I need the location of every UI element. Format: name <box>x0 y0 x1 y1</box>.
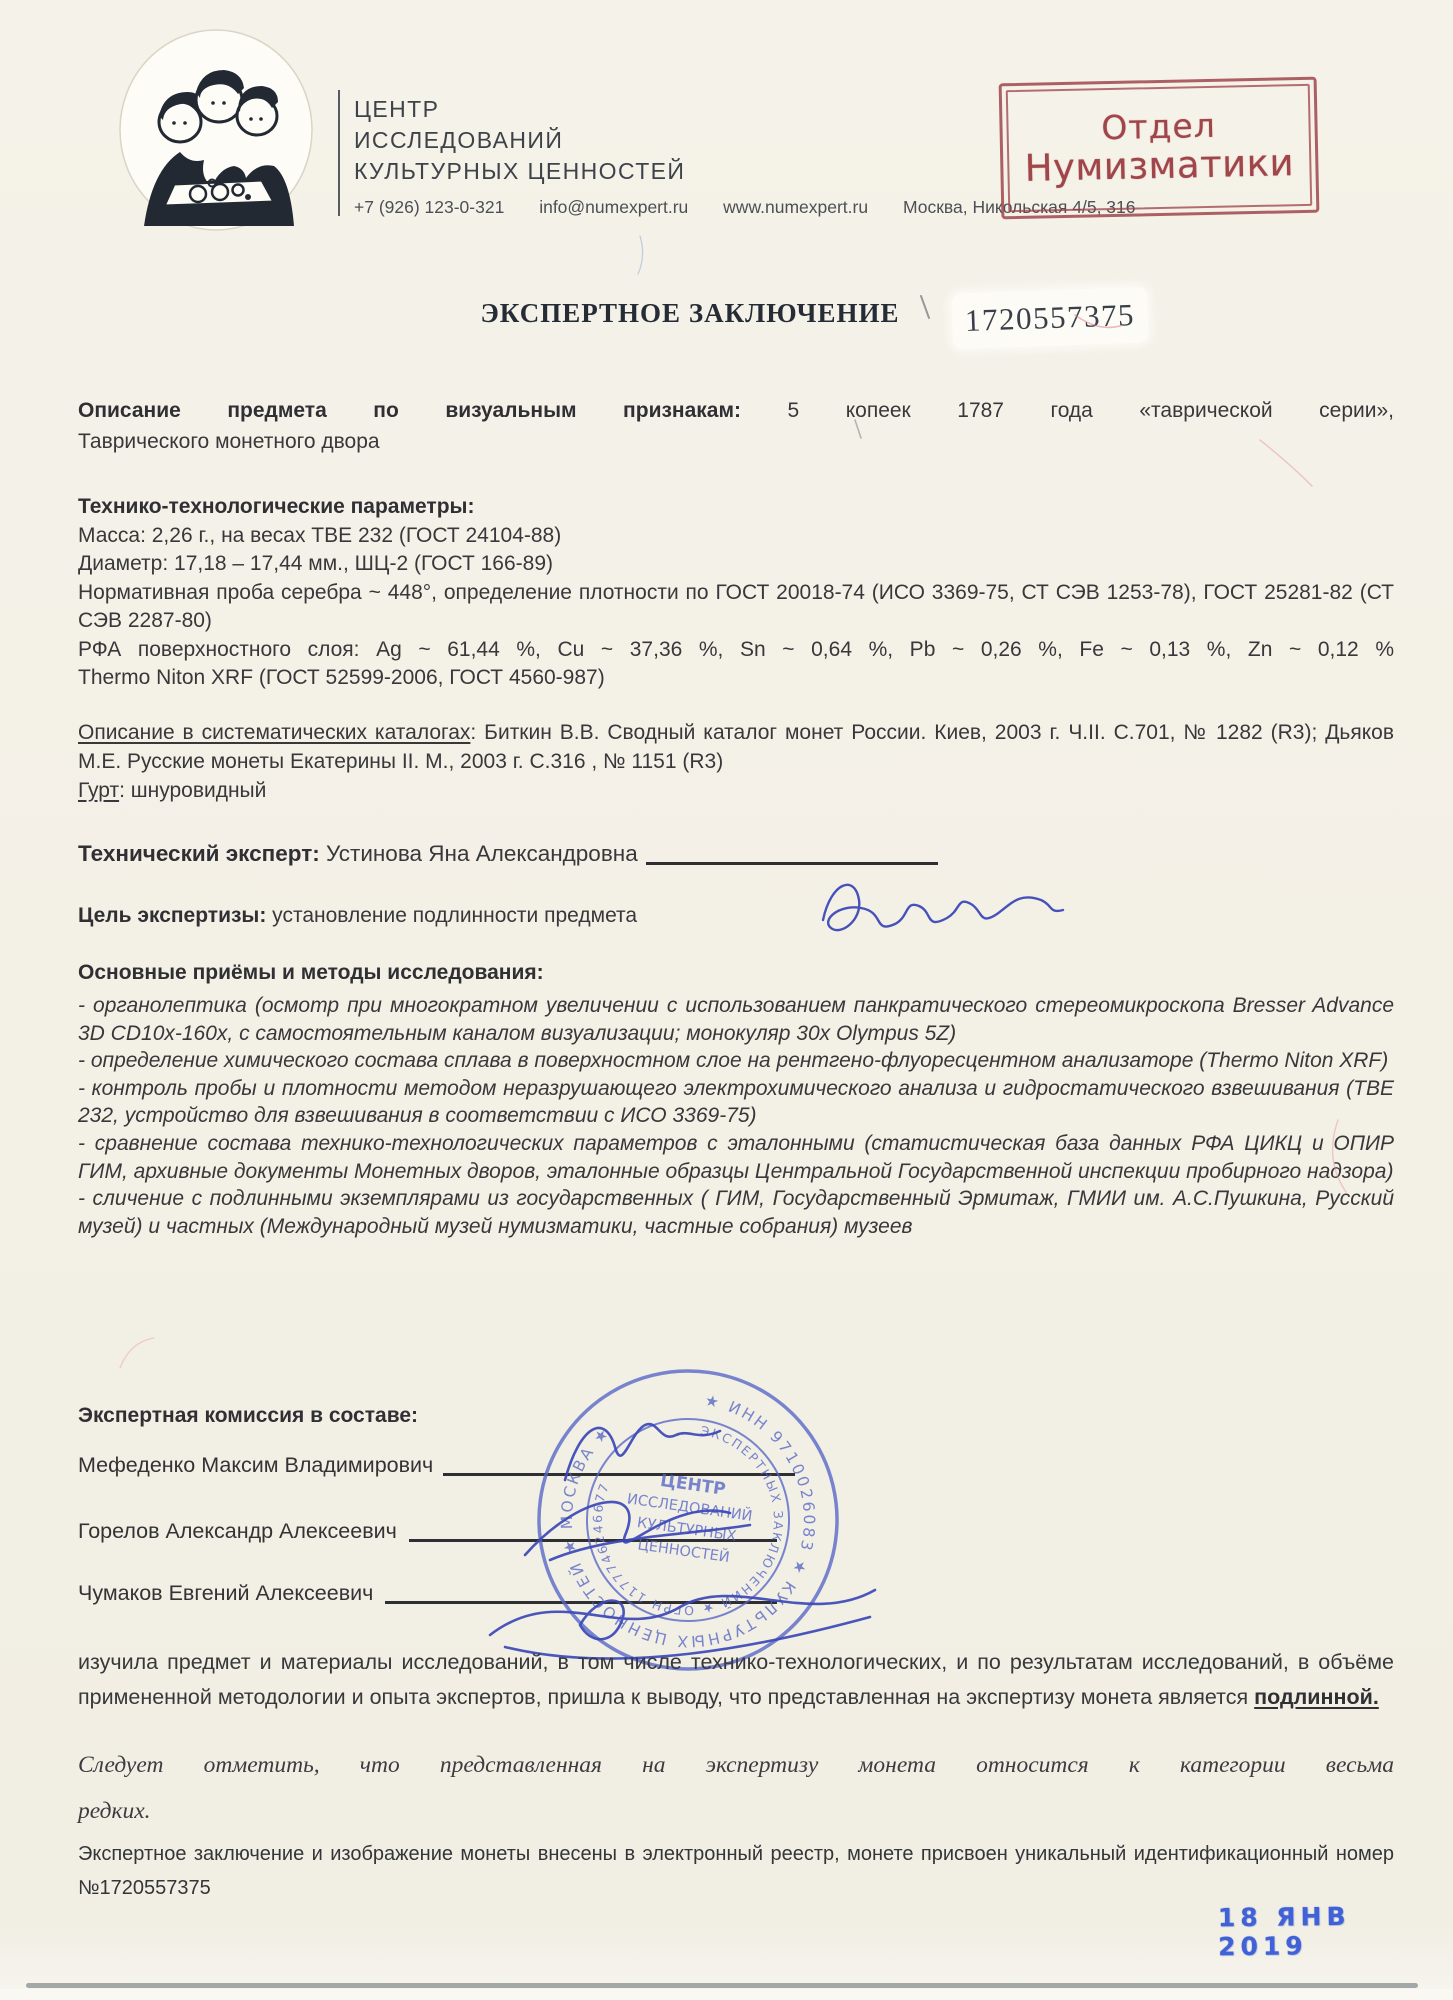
edge-text: : шнуровидный <box>119 779 266 802</box>
member-signature-line <box>443 1471 795 1476</box>
stamp-line: Нумизматики <box>1024 142 1294 190</box>
method-item: - сравнение состава технико-технологичес… <box>78 1130 1394 1185</box>
edge-line: Гурт: шнуровидный <box>78 776 1394 805</box>
goal-label: Цель экспертизы: <box>78 904 266 927</box>
member-name: Чумаков Евгений Алексеевич <box>78 1581 373 1605</box>
technical-expert-row: Технический эксперт: Устинова Яна Алекса… <box>78 838 1394 869</box>
date-stamp: 18 ЯНВ 2019 <box>1218 1901 1453 1961</box>
scan-edge-line <box>26 1983 1418 1988</box>
org-name: ЦЕНТР ИССЛЕДОВАНИЙ КУЛЬТУРНЫХ ЦЕННОСТЕЙ <box>354 94 685 187</box>
conclusion-text: изучила предмет и материалы исследований… <box>78 1650 1394 1709</box>
description-text: 5 копеек 1787 года «таврической серии», <box>741 399 1394 422</box>
tech-param-line: Нормативная проба серебра ~ 448°, опреде… <box>78 579 1394 636</box>
commission-member-row: Чумаков Евгений Алексеевич <box>78 1580 777 1606</box>
rarity-note-line: редких. <box>78 1788 1394 1834</box>
technical-expert-label: Технический эксперт: <box>78 841 320 866</box>
numismatics-dept-stamp: Отдел Нумизматики <box>999 77 1320 220</box>
org-name-line: КУЛЬТУРНЫХ ЦЕННОСТЕЙ <box>354 156 685 187</box>
description-line: Описание предмета по визуальным признака… <box>78 395 1394 426</box>
rarity-note: Следует отметить, что представленная на … <box>78 1742 1394 1834</box>
tech-param-line: Thermo Niton XRF (ГОСТ 52599-2006, ГОСТ … <box>78 664 1394 692</box>
methods-section: Основные приёмы и методы исследования: -… <box>78 958 1394 1240</box>
commission-member-row: Мефеденко Максим Владимирович <box>78 1452 795 1478</box>
tech-param-line: Масса: 2,26 г., на весах ТВЕ 232 (ГОСТ 2… <box>78 522 1394 550</box>
numismatics-dept-stamp-inner: Отдел Нумизматики <box>1006 84 1312 212</box>
commission-heading: Экспертная комиссия в составе: <box>78 1404 418 1427</box>
methods-heading: Основные приёмы и методы исследования: <box>78 961 544 984</box>
member-name: Горелов Александр Алексеевич <box>78 1519 397 1543</box>
edge-label: Гурт <box>78 779 119 802</box>
stamp-line: Отдел <box>1101 108 1216 146</box>
phone-number: +7 (926) 123-0-321 <box>354 197 504 217</box>
email-address: info@numexpert.ru <box>539 197 688 217</box>
org-name-line: ИССЛЕДОВАНИЙ <box>354 125 685 156</box>
scanned-expert-report-page: ЦЕНТР ИССЛЕДОВАНИЙ КУЛЬТУРНЫХ ЦЕННОСТЕЙ … <box>0 0 1453 2000</box>
scan-bottom-strip <box>0 1989 1453 2000</box>
org-name-line: ЦЕНТР <box>354 94 685 125</box>
catalogs-paragraph: Описание в систематических каталогах: Би… <box>78 718 1394 776</box>
member-name: Мефеденко Максим Владимирович <box>78 1453 433 1477</box>
tech-param-line: РФА поверхностного слоя: Ag ~ 61,44 %, C… <box>78 636 1394 664</box>
method-item: - контроль пробы и плотности методом нер… <box>78 1075 1394 1130</box>
method-item: - сличение с подлинными экземплярами из … <box>78 1185 1394 1240</box>
document-number-patch: 1720557375 <box>951 287 1149 350</box>
method-item: - органолептика (осмотр при многократном… <box>78 992 1394 1047</box>
tech-param-line: Диаметр: 17,18 – 17,44 мм., ШЦ-2 (ГОСТ 1… <box>78 550 1394 578</box>
rarity-note-line: Следует отметить, что представленная на … <box>78 1742 1394 1788</box>
header-divider <box>338 90 340 216</box>
tech-params-heading: Технико-технологические параметры: <box>78 495 474 518</box>
technical-expert-name: Устинова Яна Александровна <box>320 841 638 866</box>
commission-heading-row: Экспертная комиссия в составе: <box>78 1400 1394 1431</box>
registry-paragraph: Экспертное заключение и изображение моне… <box>78 1838 1394 1905</box>
website-url: www.numexpert.ru <box>723 197 868 217</box>
conclusion-verdict: подлинной. <box>1254 1685 1379 1709</box>
expert-signature-line <box>646 860 938 865</box>
tech-params-section: Технико-технологические параметры: Масса… <box>78 492 1394 692</box>
description-line: Таврического монетного двора <box>78 426 1394 457</box>
member-signature <box>580 1601 624 1640</box>
document-number: 1720557375 <box>964 297 1135 339</box>
description-label: Описание предмета по визуальным признака… <box>78 399 741 422</box>
member-signature-line <box>409 1537 777 1542</box>
catalogs-section: Описание в систематических каталогах: Би… <box>78 718 1394 805</box>
goal-text: установление подлинности предмета <box>266 904 637 927</box>
center-logo <box>116 26 316 234</box>
description-section: Описание предмета по визуальным признака… <box>78 395 1394 457</box>
commission-member-row: Горелов Александр Алексеевич <box>78 1518 777 1544</box>
catalogs-label: Описание в систематических каталогах <box>78 721 470 744</box>
conclusion-paragraph: изучила предмет и материалы исследований… <box>78 1645 1394 1715</box>
goal-row: Цель экспертизы: установление подлинност… <box>78 900 1394 931</box>
method-item: - определение химического состава сплава… <box>78 1047 1394 1075</box>
member-signature-line <box>385 1599 777 1604</box>
